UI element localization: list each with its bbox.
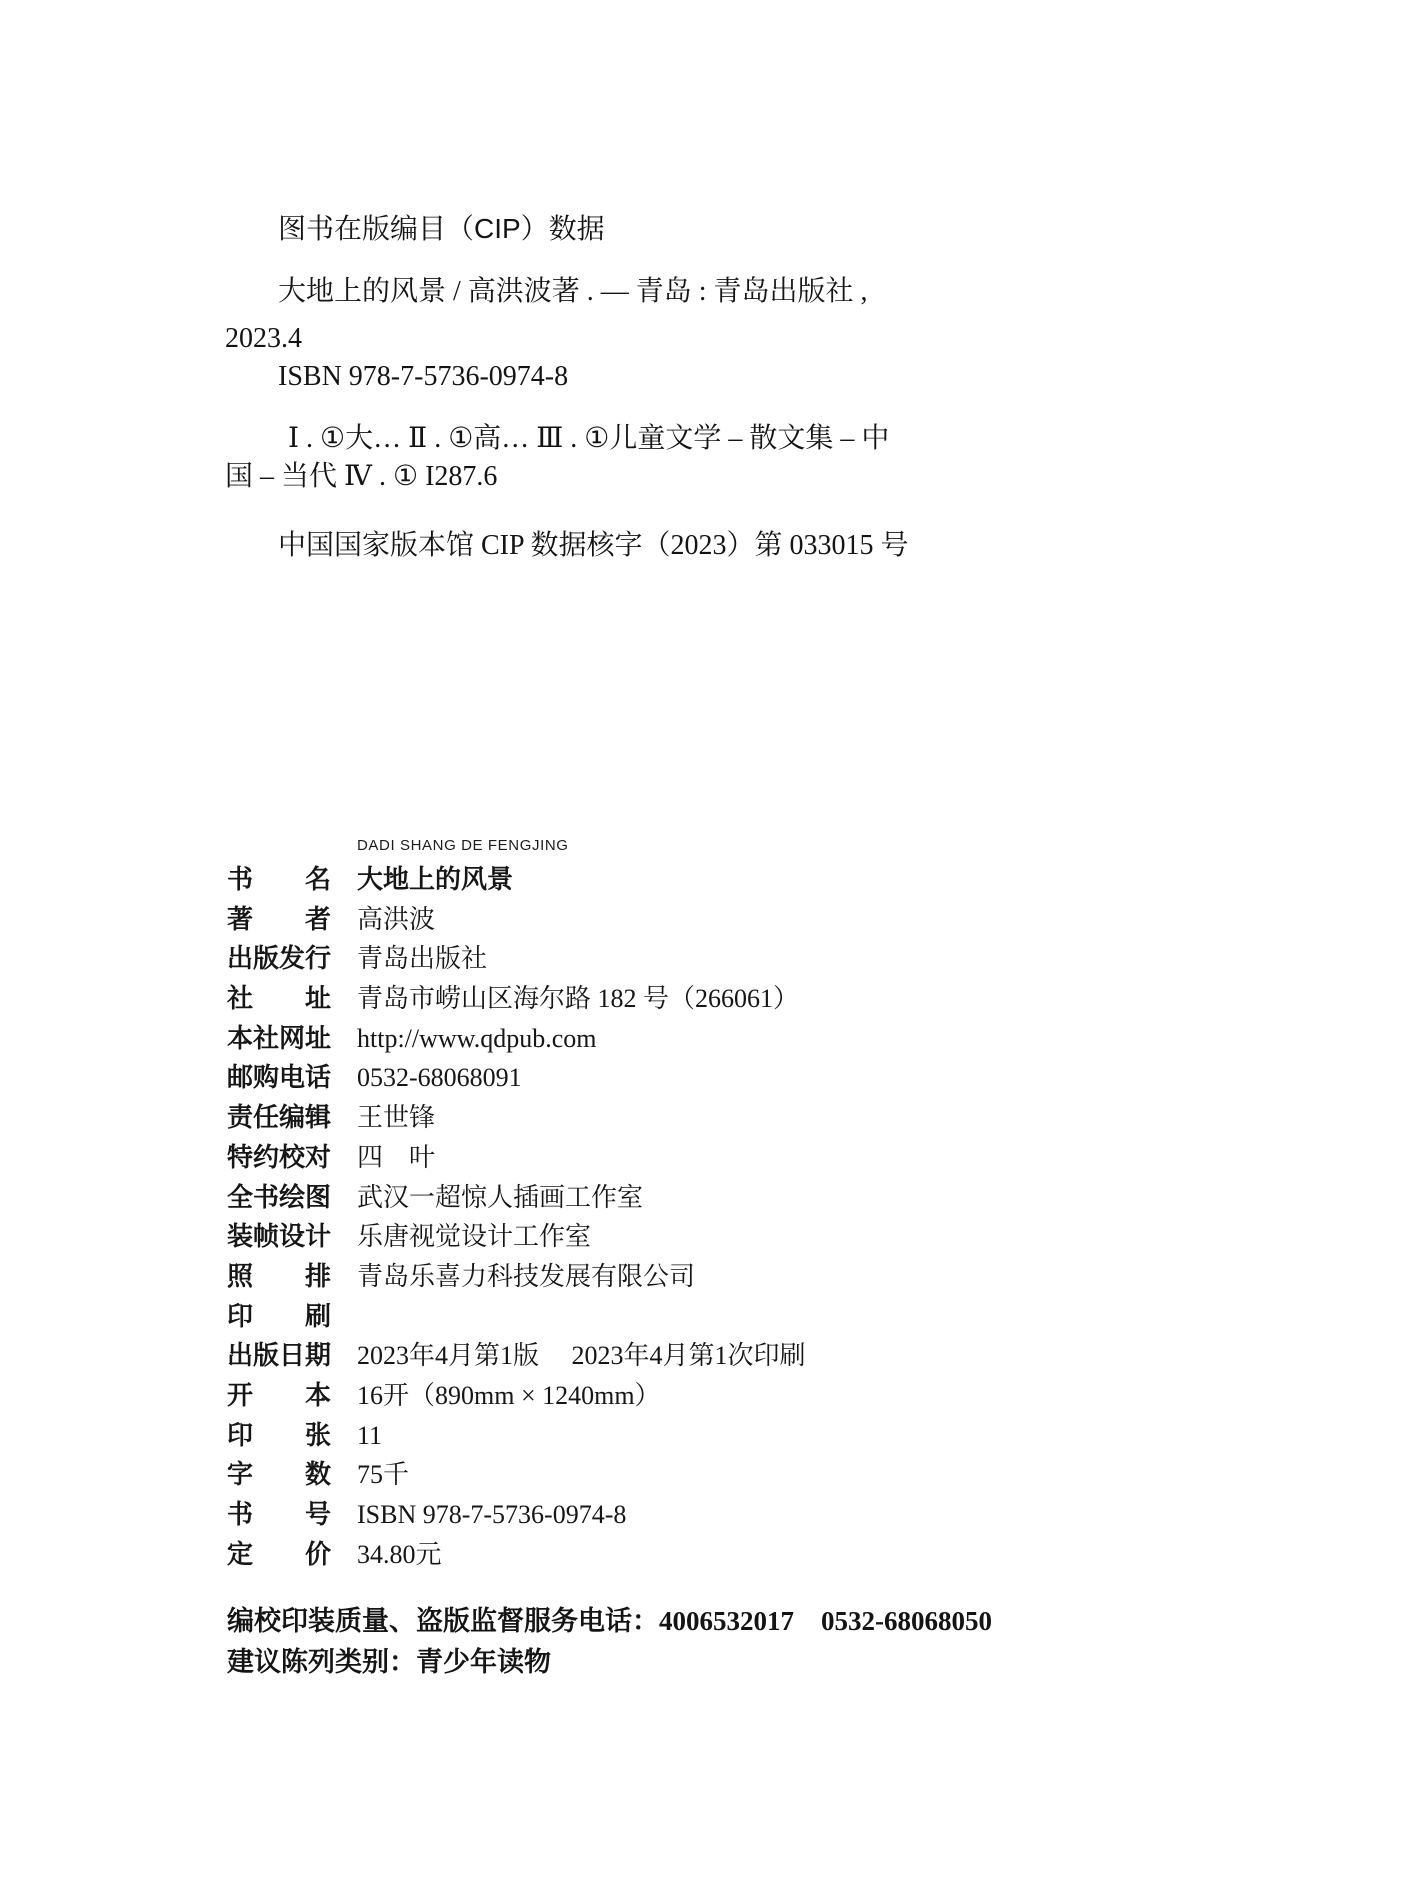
row-label: 印张 [227, 1416, 331, 1456]
row-value: 四 叶 [357, 1138, 435, 1178]
pinyin-title: DADI SHANG DE FENGJING [357, 837, 569, 854]
row-value: 青岛乐喜力科技发展有限公司 [357, 1257, 695, 1297]
row-label: 定价 [227, 1535, 331, 1575]
publication-info-row: 责任编辑 王世锋 [227, 1098, 1127, 1138]
row-label: 特约校对 [227, 1138, 331, 1178]
cip-description-line-1: 大地上的风景 / 高洪波著 . — 青岛 : 青岛出版社 , [225, 273, 945, 311]
row-label: 装帧设计 [227, 1217, 331, 1257]
publication-info-row: 书号 ISBN 978-7-5736-0974-8 [227, 1495, 1127, 1535]
copyright-page: 图书在版编目（CIP）数据 大地上的风景 / 高洪波著 . — 青岛 : 青岛出… [0, 0, 1417, 1900]
row-value: ISBN 978-7-5736-0974-8 [357, 1495, 626, 1535]
row-value: 高洪波 [357, 900, 435, 940]
publication-info-row: 装帧设计 乐唐视觉设计工作室 [227, 1217, 1127, 1257]
publication-info-row: 全书绘图 武汉一超惊人插画工作室 [227, 1178, 1127, 1218]
publication-info-row: 印刷 [227, 1297, 1127, 1337]
cip-description-line-2: 2023.4 [225, 320, 945, 358]
cip-heading: 图书在版编目（CIP）数据 [225, 210, 945, 248]
row-value: 2023年4月第1版 2023年4月第1次印刷 [357, 1336, 806, 1376]
cip-section: 图书在版编目（CIP）数据 大地上的风景 / 高洪波著 . — 青岛 : 青岛出… [225, 210, 945, 565]
footer-section: 编校印装质量、盗版监督服务电话：4006532017 0532-68068050… [227, 1601, 1127, 1683]
publication-info-row: 社址 青岛市崂山区海尔路 182 号（266061） [227, 979, 1127, 1019]
row-label: 本社网址 [227, 1019, 331, 1059]
publication-info-row: 邮购电话 0532-68068091 [227, 1058, 1127, 1098]
row-label: 著者 [227, 900, 331, 940]
row-value: 王世锋 [357, 1098, 435, 1138]
row-value: 0532-68068091 [357, 1058, 522, 1098]
publication-info-row: 照排 青岛乐喜力科技发展有限公司 [227, 1257, 1127, 1297]
publication-info-row: 特约校对 四 叶 [227, 1138, 1127, 1178]
row-value: 武汉一超惊人插画工作室 [357, 1178, 643, 1218]
publication-info-row: 出版发行 青岛出版社 [227, 939, 1127, 979]
row-value: http://www.qdpub.com [357, 1019, 597, 1059]
footer-quality-phone-numbers: 4006532017 0532-68068050 [659, 1606, 992, 1636]
footer-quality-label: 编校印装质量、盗版监督服务电话： [227, 1606, 659, 1636]
cip-isbn-line: ISBN 978-7-5736-0974-8 [225, 358, 945, 396]
row-label: 书名 [227, 860, 331, 900]
row-value: 11 [357, 1416, 382, 1456]
row-label: 社址 [227, 979, 331, 1019]
row-label: 字数 [227, 1455, 331, 1495]
row-label: 书号 [227, 1495, 331, 1535]
row-label: 照排 [227, 1257, 331, 1297]
row-label: 出版日期 [227, 1336, 331, 1376]
row-value: 青岛出版社 [357, 939, 487, 979]
publication-info-row: 著者 高洪波 [227, 900, 1127, 940]
publication-info-list: 书名 大地上的风景 著者 高洪波 出版发行 青岛出版社 社址 青岛市崂山区海尔路… [227, 860, 1127, 1574]
cip-record-number-line: 中国国家版本馆 CIP 数据核字（2023）第 033015 号 [225, 527, 945, 565]
publication-info-row: 开本 16开（890mm × 1240mm） [227, 1376, 1127, 1416]
row-value: 34.80元 [357, 1535, 442, 1575]
cip-classification-line-2: 国 – 当代 Ⅳ . ① I287.6 [225, 458, 945, 496]
row-label: 出版发行 [227, 939, 331, 979]
row-value: 16开（890mm × 1240mm） [357, 1376, 661, 1416]
publication-info-row: 出版日期 2023年4月第1版 2023年4月第1次印刷 [227, 1336, 1127, 1376]
footer-quality-line: 编校印装质量、盗版监督服务电话：4006532017 0532-68068050 [227, 1601, 1127, 1642]
row-label: 责任编辑 [227, 1098, 331, 1138]
row-label: 全书绘图 [227, 1178, 331, 1218]
row-value: 大地上的风景 [357, 860, 513, 900]
cip-classification-line-1: Ⅰ . ①大… Ⅱ . ①高… Ⅲ . ①儿童文学 – 散文集 – 中 [225, 420, 945, 458]
row-label: 开本 [227, 1376, 331, 1416]
row-value: 75千 [357, 1455, 409, 1495]
row-value: 青岛市崂山区海尔路 182 号（266061） [357, 979, 799, 1019]
publication-info-row: 印张 11 [227, 1416, 1127, 1456]
row-label: 印刷 [227, 1297, 331, 1337]
publication-info-row: 定价 34.80元 [227, 1535, 1127, 1575]
publication-info-row: 字数 75千 [227, 1455, 1127, 1495]
row-value: 乐唐视觉设计工作室 [357, 1217, 591, 1257]
footer-category-line: 建议陈列类别：青少年读物 [227, 1642, 1127, 1683]
publication-info-row: 本社网址 http://www.qdpub.com [227, 1019, 1127, 1059]
row-label: 邮购电话 [227, 1058, 331, 1098]
publication-info-row: 书名 大地上的风景 [227, 860, 1127, 900]
